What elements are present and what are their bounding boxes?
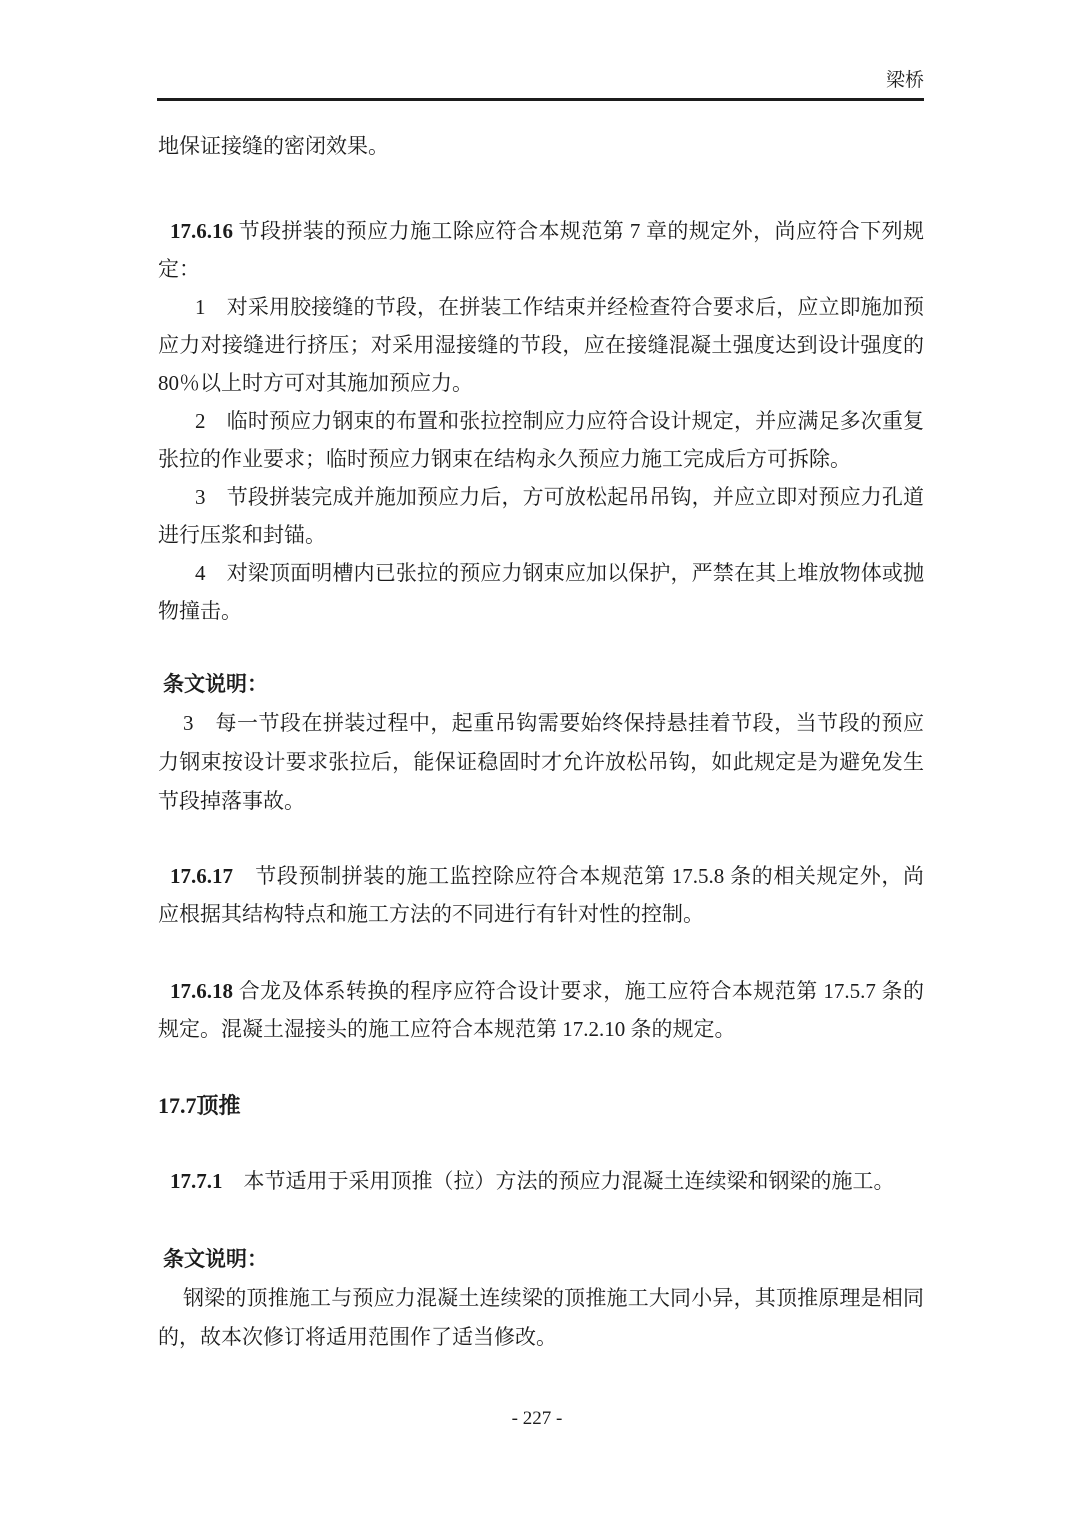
header-rule [157,98,924,101]
commentary-label: 条文说明： [158,1240,924,1279]
continuation-paragraph: 地保证接缝的密闭效果。 [158,127,924,166]
section-heading-17-7: 17.7顶推 [158,1087,924,1125]
clause-number: 17.7.1 [170,1169,223,1193]
clause-17-6-16: 17.6.16 节段拼装的预应力施工除应符合本规范第 7 章的规定外，尚应符合下… [158,212,924,630]
commentary-label: 条文说明： [158,665,924,704]
clause-number: 17.6.18 [170,979,233,1003]
clause-paragraph: 17.6.17 节段预制拼装的施工监控除应符合本规范第 17.5.8 条的相关规… [158,857,924,933]
commentary-block-2: 条文说明： 钢梁的顶推施工与预应力混凝土连续梁的顶推施工大同小异，其顶推原理是相… [158,1240,924,1357]
clause-text: 节段拼装的预应力施工除应符合本规范第 7 章的规定外，尚应符合下列规定： [158,219,924,281]
running-header: 梁桥 [158,68,924,94]
clause-17-7-1: 17.7.1 本节适用于采用顶推（拉）方法的预应力混凝土连续梁和钢梁的施工。 [158,1162,924,1200]
clause-paragraph: 17.6.16 节段拼装的预应力施工除应符合本规范第 7 章的规定外，尚应符合下… [158,212,924,288]
commentary-paragraph: 钢梁的顶推施工与预应力混凝土连续梁的顶推施工大同小异，其顶推原理是相同的，故本次… [158,1279,924,1357]
clause-item-1: 1 对采用胶接缝的节段，在拼装工作结束并经检查符合要求后，应立即施加预应力对接缝… [158,288,924,402]
document-page: 梁桥 地保证接缝的密闭效果。 17.6.16 节段拼装的预应力施工除应符合本规范… [0,0,1074,1520]
clause-number: 17.6.17 [170,864,233,888]
clause-paragraph: 17.7.1 本节适用于采用顶推（拉）方法的预应力混凝土连续梁和钢梁的施工。 [158,1162,924,1200]
clause-number: 17.6.16 [170,219,233,243]
running-header-title: 梁桥 [886,70,924,91]
clause-text: 本节适用于采用顶推（拉）方法的预应力混凝土连续梁和钢梁的施工。 [223,1169,895,1193]
commentary-paragraph: 3 每一节段在拼装过程中，起重吊钩需要始终保持悬挂着节段，当节段的预应力钢束按设… [158,704,924,821]
clause-text: 合龙及体系转换的程序应符合设计要求，施工应符合本规范第 17.5.7 条的规定。… [158,979,924,1041]
clause-item-2: 2 临时预应力钢束的布置和张拉控制应力应符合设计规定，并应满足多次重复张拉的作业… [158,402,924,478]
clause-item-4: 4 对梁顶面明槽内已张拉的预应力钢束应加以保护，严禁在其上堆放物体或抛物撞击。 [158,554,924,630]
clause-paragraph: 17.6.18 合龙及体系转换的程序应符合设计要求，施工应符合本规范第 17.5… [158,972,924,1048]
clause-item-3: 3 节段拼装完成并施加预应力后，方可放松起吊吊钩，并应立即对预应力孔道进行压浆和… [158,478,924,554]
page-number: - 227 - [0,1406,1074,1432]
clause-17-6-18: 17.6.18 合龙及体系转换的程序应符合设计要求，施工应符合本规范第 17.5… [158,972,924,1048]
clause-text: 节段预制拼装的施工监控除应符合本规范第 17.5.8 条的相关规定外，尚应根据其… [158,864,924,926]
commentary-block-1: 条文说明： 3 每一节段在拼装过程中，起重吊钩需要始终保持悬挂着节段，当节段的预… [158,665,924,821]
clause-17-6-17: 17.6.17 节段预制拼装的施工监控除应符合本规范第 17.5.8 条的相关规… [158,857,924,933]
